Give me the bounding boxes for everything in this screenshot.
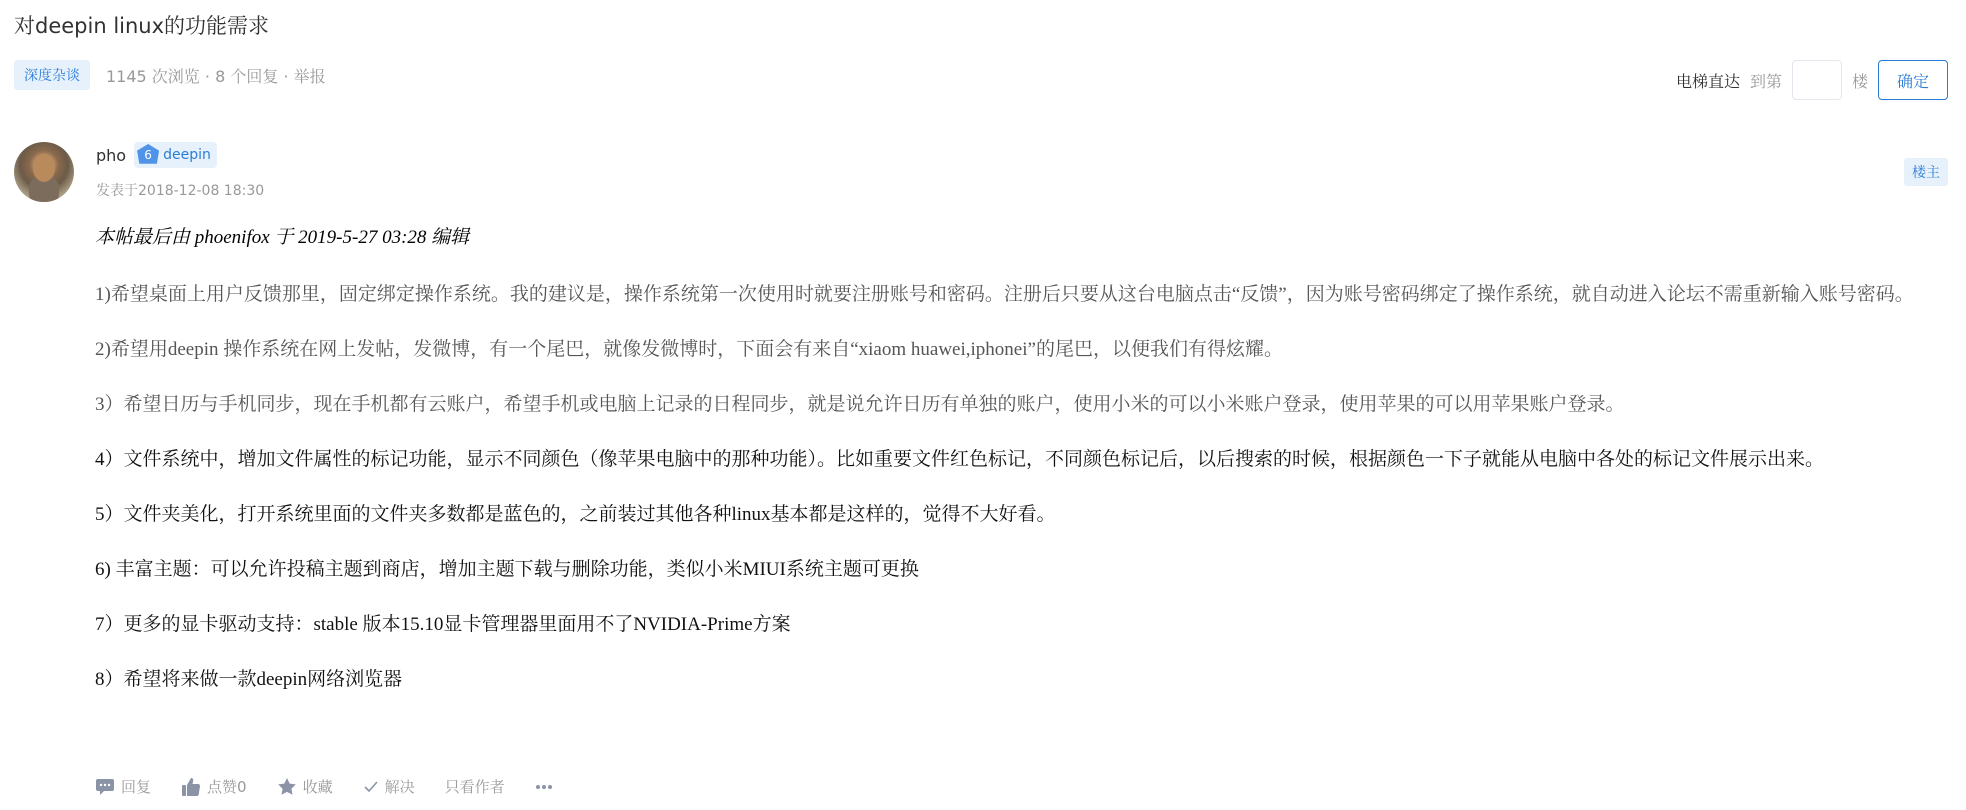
like-label: 点赞0 [207, 776, 247, 797]
post-content: 本帖最后由 phoenifox 于 2019-5-27 03:28 编辑 1)希… [95, 222, 1945, 694]
level-name: deepin [163, 147, 211, 163]
check-icon [363, 779, 379, 795]
confirm-button[interactable]: 确定 [1878, 60, 1948, 100]
author-only-button[interactable]: 只看作者 [445, 776, 505, 797]
comment-icon [95, 778, 115, 796]
post-paragraph: 6) 丰富主题：可以允许投稿主题到商店，增加主题下载与删除功能，类似小米MIUI… [95, 555, 1945, 584]
post-paragraph: 8）希望将来做一款deepin网络浏览器 [95, 665, 1945, 694]
post-paragraph: 7）更多的显卡驱动支持：stable 版本15.10显卡管理器里面用不了NVID… [95, 610, 1945, 639]
more-dots-icon [535, 784, 553, 790]
favorite-label: 收藏 [303, 776, 333, 797]
post-paragraph: 3）希望日历与手机同步，现在手机都有云账户，希望手机或电脑上记录的日程同步，就是… [95, 390, 1945, 419]
thumbs-up-icon [181, 777, 201, 797]
post-paragraph: 5）文件夹美化，打开系统里面的文件夹多数都是蓝色的，之前装过其他各种linux基… [95, 500, 1945, 529]
solve-label: 解决 [385, 776, 415, 797]
solve-button[interactable]: 解决 [363, 776, 415, 797]
post-paragraph: 2)希望用deepin 操作系统在网上发帖，发微博，有一个尾巴，就像发微博时，下… [95, 335, 1945, 364]
avatar-face-shape [33, 154, 55, 182]
level-icon: 6 [137, 144, 159, 166]
floor-jump-label: 电梯直达 [1676, 69, 1740, 92]
floor-jump-prefix: 到第 [1750, 69, 1782, 92]
author-name[interactable]: pho [96, 146, 126, 165]
like-button[interactable]: 点赞0 [181, 776, 247, 797]
author-only-label: 只看作者 [445, 776, 505, 797]
reply-label: 回复 [121, 776, 151, 797]
floor-jump: 电梯直达 到第 楼 确定 [1676, 60, 1948, 100]
author-info: pho 6 deepin [96, 142, 217, 168]
floor-jump-suffix: 楼 [1852, 69, 1868, 92]
thread-title: 对deepin linux的功能需求 [14, 10, 269, 40]
star-icon [277, 777, 297, 797]
post-actions: 回复 点赞0 收藏 解决 只看作者 [95, 776, 589, 797]
reply-button[interactable]: 回复 [95, 776, 151, 797]
level-badge: 6 deepin [134, 142, 217, 168]
owner-badge: 楼主 [1904, 158, 1948, 186]
edit-note: 本帖最后由 phoenifox 于 2019-5-27 03:28 编辑 [95, 222, 1945, 254]
post-time: 发表于2018-12-08 18:30 [96, 180, 264, 200]
favorite-button[interactable]: 收藏 [277, 776, 333, 797]
avatar[interactable] [14, 142, 74, 202]
category-tag[interactable]: 深度杂谈 [14, 60, 90, 90]
post-paragraph: 4）文件系统中，增加文件属性的标记功能，显示不同颜色（像苹果电脑中的那种功能）。… [95, 445, 1945, 474]
thread-stats: 1145 次浏览 · 8 个回复 · 举报 [106, 64, 326, 87]
floor-number-input[interactable] [1792, 60, 1842, 100]
thread-meta: 深度杂谈 1145 次浏览 · 8 个回复 · 举报 [14, 60, 326, 90]
post-paragraph: 1)希望桌面上用户反馈那里，固定绑定操作系统。我的建议是，操作系统第一次使用时就… [95, 280, 1945, 309]
more-button[interactable] [535, 784, 559, 790]
